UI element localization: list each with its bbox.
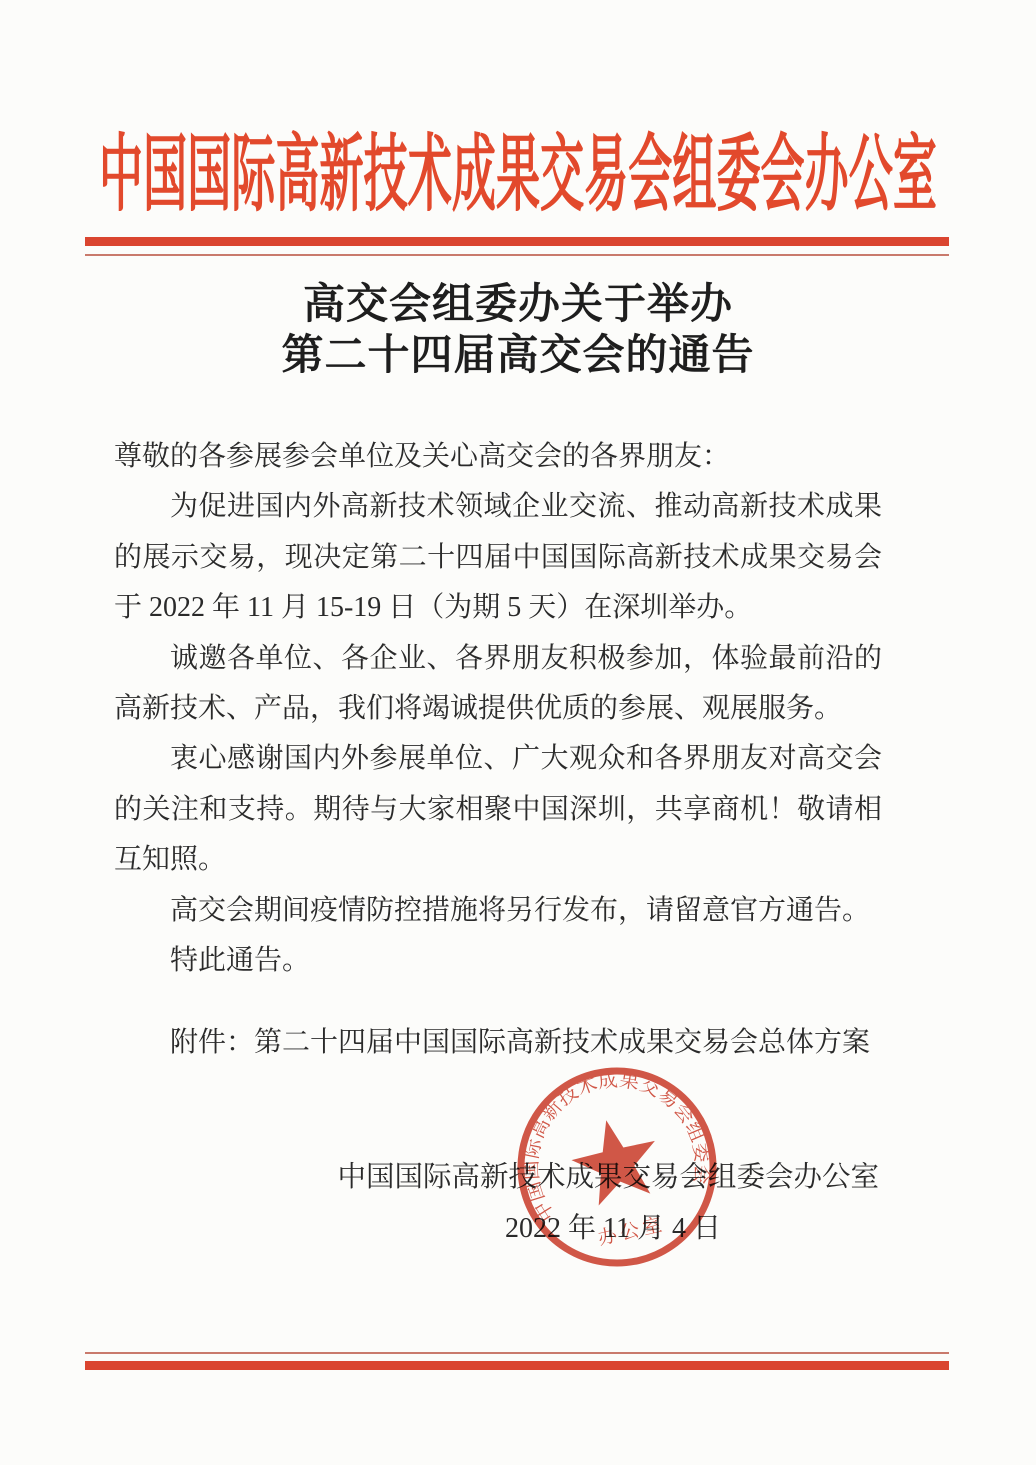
document-title-line2: 第二十四届高交会的通告 <box>0 331 1036 382</box>
attachment-line: 附件：第二十四届中国国际高新技术成果交易会总体方案 <box>114 1018 882 1068</box>
footer-rule-thick <box>85 1361 949 1370</box>
salutation-line: 尊敬的各参展参会单位及关心高交会的各界朋友： <box>114 432 882 482</box>
body-line: 特此通告。 <box>114 936 882 986</box>
body-line: 互知照。 <box>114 835 882 885</box>
body-line: 诚邀各单位、各企业、各界朋友积极参加，体验最前沿的 <box>114 634 882 684</box>
body-line: 为促进国内外高新技术领域企业交流、推动高新技术成果 <box>114 482 882 532</box>
document-title: 高交会组委办关于举办 第二十四届高交会的通告 <box>0 280 1036 382</box>
document-body: 尊敬的各参展参会单位及关心高交会的各界朋友： 为促进国内外高新技术领域企业交流、… <box>114 432 882 1069</box>
official-seal-icon: 中国国际高新技术成果交易会组委会 办公室 <box>513 1063 721 1271</box>
star-icon <box>564 1111 666 1210</box>
letterhead: 中国国际高新技术成果交易会组委会办公室 <box>0 126 1036 226</box>
document-title-line1: 高交会组委办关于举办 <box>0 280 1036 331</box>
body-line: 衷心感谢国内外参展单位、广大观众和各界朋友对高交会 <box>114 734 882 784</box>
letterhead-title: 中国国际高新技术成果交易会组委会办公室 <box>99 126 937 226</box>
body-line: 高交会期间疫情防控措施将另行发布，请留意官方通告。 <box>114 886 882 936</box>
header-rule-thin <box>85 254 949 256</box>
body-line: 高新技术、产品，我们将竭诚提供优质的参展、观展服务。 <box>114 684 882 734</box>
body-line: 的展示交易，现决定第二十四届中国国际高新技术成果交易会 <box>114 533 882 583</box>
seal-bottom-text: 办公室 <box>596 1213 668 1250</box>
document-page: 中国国际高新技术成果交易会组委会办公室 高交会组委办关于举办 第二十四届高交会的… <box>0 0 1036 1465</box>
body-line: 于 2022 年 11 月 15-19 日（为期 5 天）在深圳举办。 <box>114 583 882 633</box>
footer-rule-thin <box>85 1352 949 1354</box>
header-rule-thick <box>85 237 949 246</box>
body-line: 的关注和支持。期待与大家相聚中国深圳，共享商机！敬请相 <box>114 785 882 835</box>
